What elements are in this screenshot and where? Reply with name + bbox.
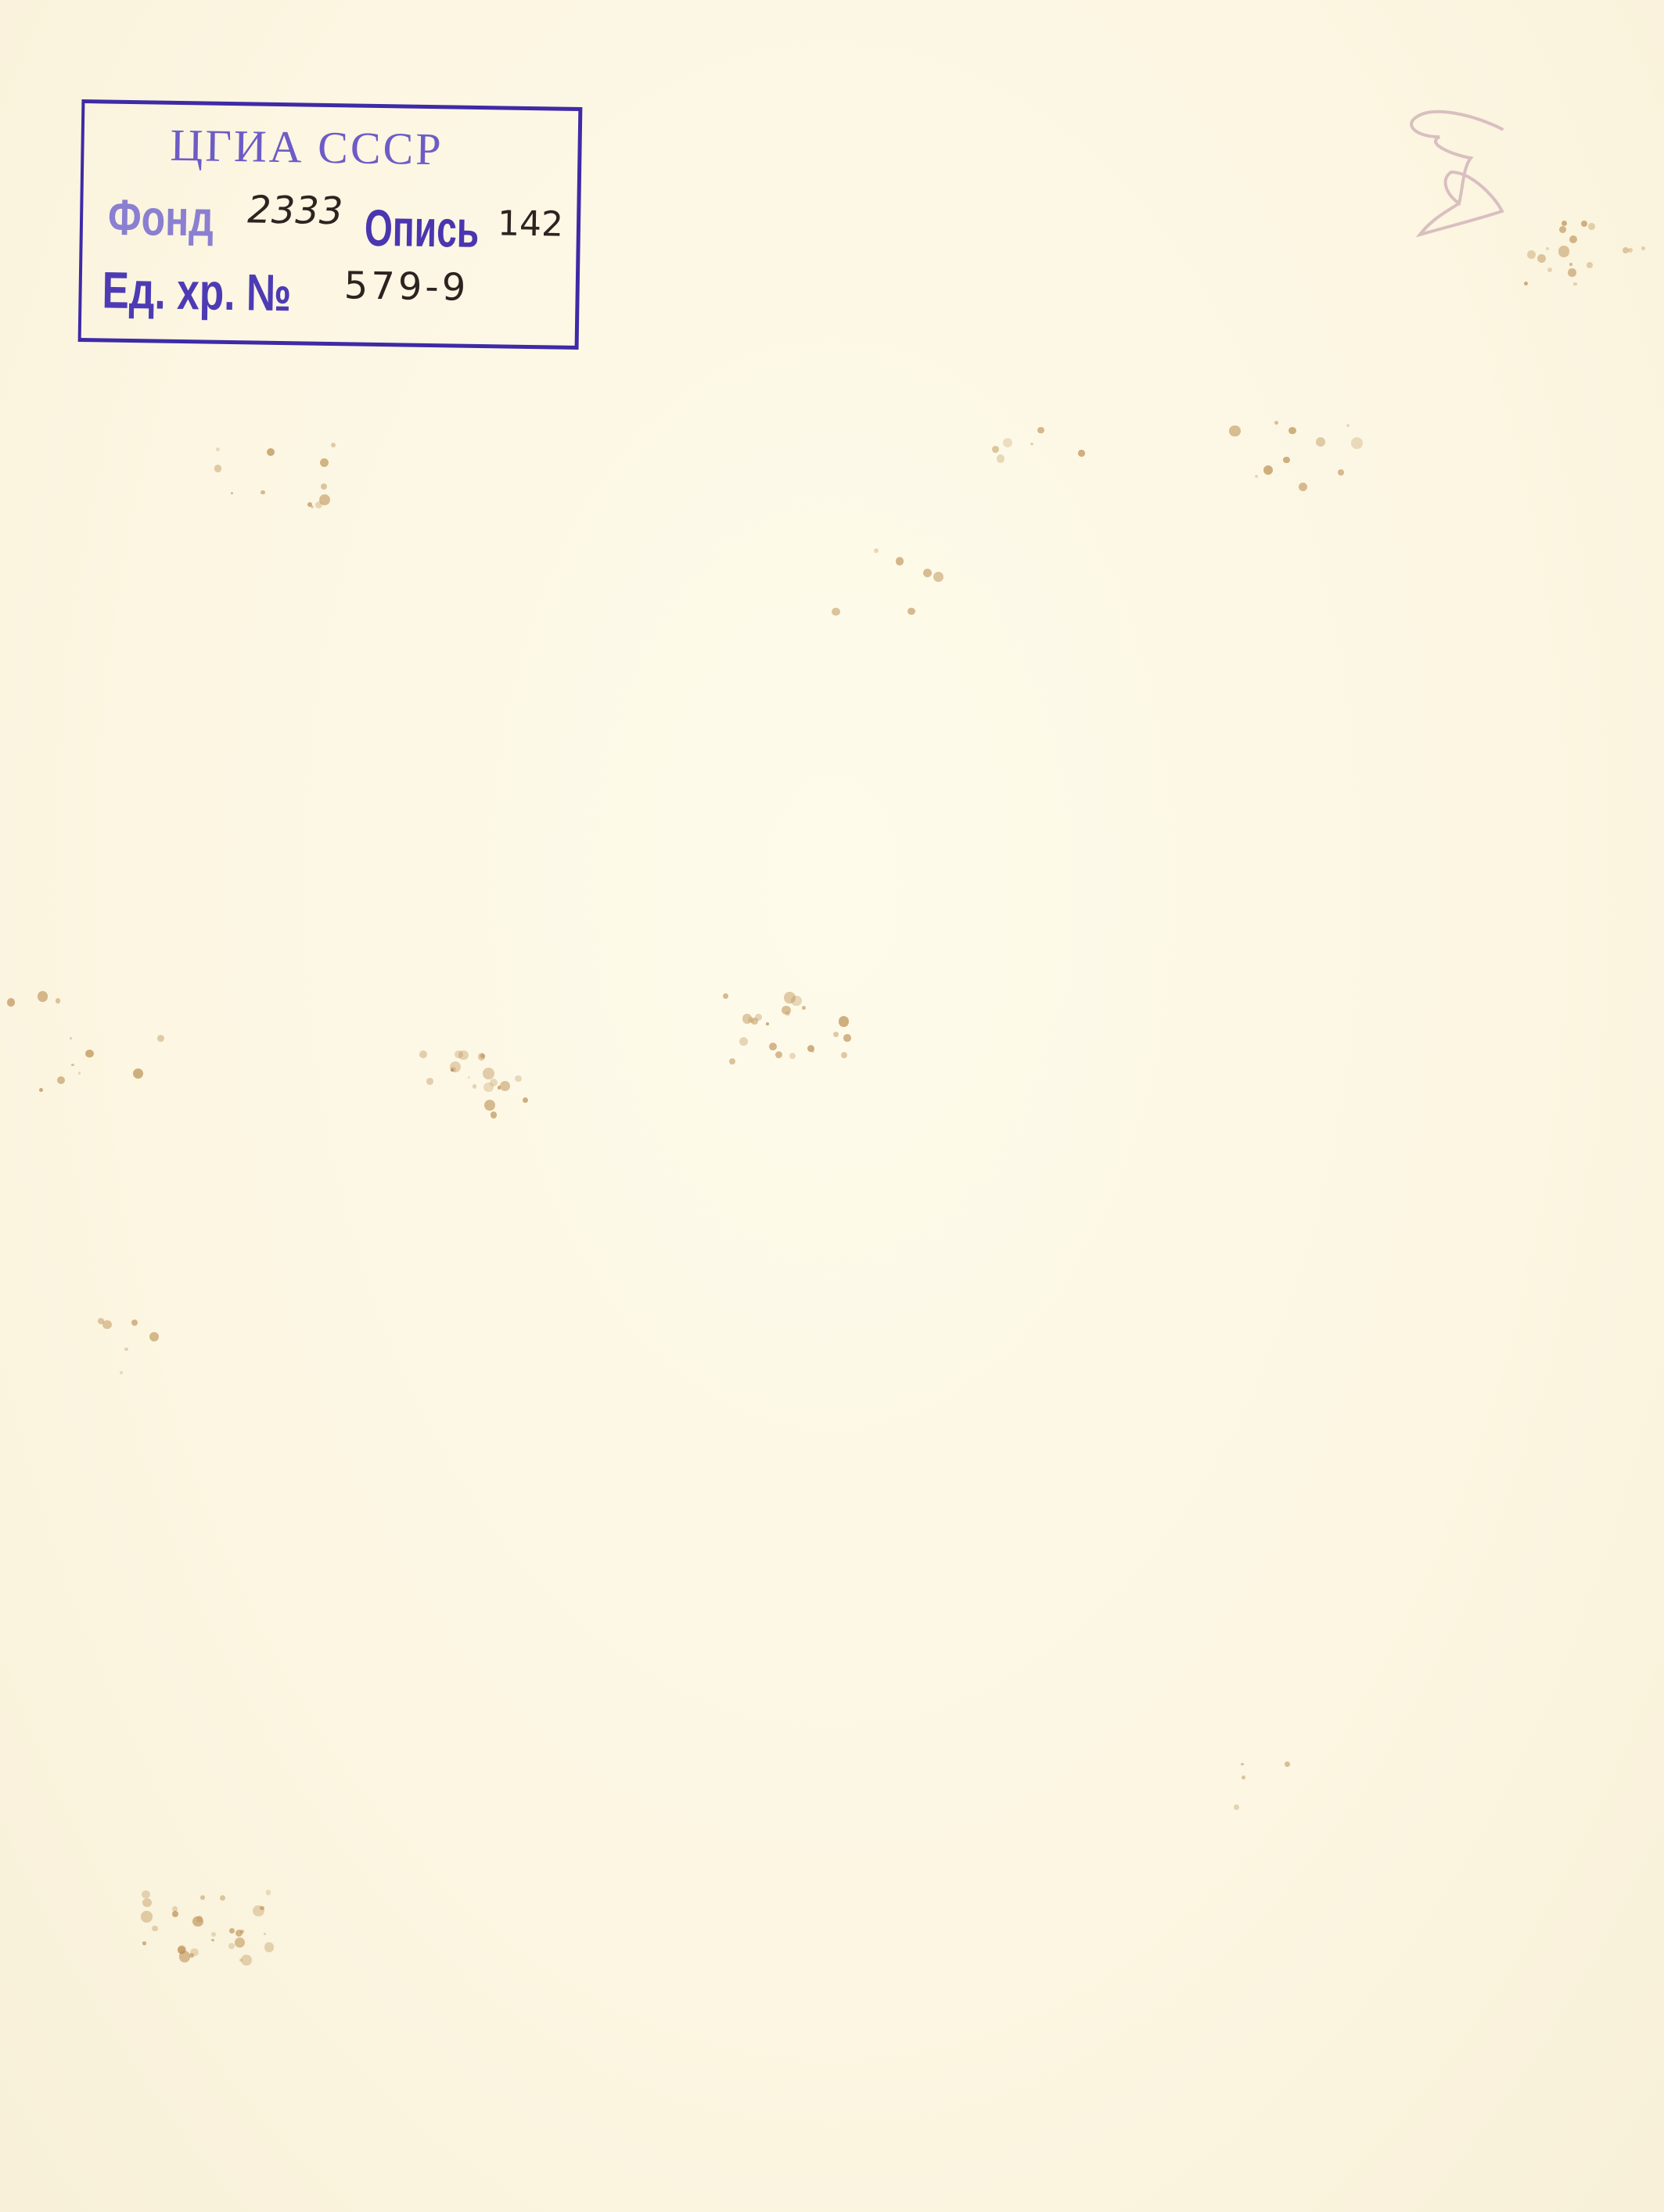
foxing-spot — [1569, 235, 1577, 243]
foxing-spot — [78, 1072, 81, 1074]
foxing-spot — [1274, 421, 1278, 425]
foxing-spot — [1573, 282, 1576, 285]
foxing-spot — [1078, 450, 1084, 456]
foxing-spot — [766, 1022, 769, 1025]
fond-row: Фонд — [108, 189, 244, 249]
foxing-spot — [1338, 469, 1344, 476]
fond-label: Фонд — [108, 189, 214, 248]
foxing-spot — [1547, 268, 1552, 272]
foxing-spot — [997, 454, 1005, 462]
archive-stamp: ЦГИА СССР Фонд 2333 Опись 142 Ед. хр. № … — [78, 99, 583, 350]
foxing-spot — [483, 1068, 494, 1079]
foxing-spot — [515, 1075, 521, 1082]
foxing-spot — [331, 443, 336, 447]
foxing-spot — [843, 1034, 851, 1042]
foxing-spot — [455, 1050, 462, 1058]
foxing-spot — [211, 1932, 216, 1937]
foxing-spot — [791, 996, 802, 1007]
foxing-spot — [141, 1911, 152, 1922]
foxing-spot — [478, 1053, 486, 1061]
foxing-spot — [748, 1017, 754, 1023]
foxing-spot — [1242, 1776, 1245, 1779]
foxing-spot — [833, 1032, 839, 1037]
foxing-spot — [142, 1941, 146, 1945]
opis-label: Опись — [364, 198, 480, 259]
foxing-spot — [253, 1905, 264, 1917]
unit-label: Ед. хр. № — [102, 260, 292, 322]
pencil-mark-icon — [1385, 94, 1526, 242]
foxing-spot — [264, 1933, 266, 1935]
unit-value: 579-9 — [343, 264, 469, 309]
unit-row: Ед. хр. № — [102, 260, 345, 323]
foxing-spot — [102, 1320, 112, 1330]
foxing-spot — [1241, 1763, 1244, 1766]
foxing-spot — [1288, 427, 1296, 434]
foxing-spot — [211, 1939, 214, 1941]
foxing-spot — [320, 458, 329, 467]
foxing-spot — [1285, 1761, 1290, 1767]
foxing-spot — [1263, 465, 1273, 475]
foxing-spot — [1299, 483, 1307, 491]
foxing-spot — [811, 1050, 815, 1054]
foxing-spot — [1569, 263, 1572, 266]
foxing-spot — [142, 1898, 151, 1907]
foxing-spot — [782, 1006, 791, 1015]
foxing-spot — [267, 448, 275, 456]
foxing-spot — [266, 1890, 271, 1895]
foxing-spot — [178, 1946, 185, 1954]
foxing-spot — [1568, 268, 1576, 276]
foxing-spot — [1527, 250, 1536, 259]
stamp-title: ЦГИА СССР — [170, 119, 444, 175]
foxing-spot — [172, 1911, 178, 1917]
foxing-spot — [451, 1068, 454, 1072]
foxing-spot — [1283, 457, 1289, 463]
foxing-spot — [933, 572, 943, 582]
foxing-spot — [1524, 282, 1528, 285]
foxing-spot — [1234, 1804, 1239, 1810]
foxing-spot — [71, 1064, 74, 1067]
foxing-spot — [739, 1037, 748, 1046]
foxing-spot — [1588, 223, 1595, 230]
foxing-spot — [1641, 246, 1645, 250]
foxing-spot — [261, 490, 265, 495]
foxing-spot — [239, 1959, 243, 1962]
foxing-spot — [231, 492, 233, 494]
foxing-spot — [490, 1079, 498, 1086]
foxing-spot — [1229, 426, 1241, 437]
opis-value: 142 — [498, 203, 564, 244]
foxing-spot — [1316, 437, 1325, 447]
foxing-spot — [196, 1916, 203, 1923]
foxing-spot — [426, 1078, 433, 1085]
foxing-spot — [38, 991, 49, 1002]
foxing-spot — [235, 1937, 245, 1948]
foxing-spot — [1351, 437, 1363, 449]
fond-value: 2333 — [247, 188, 343, 233]
foxing-spot — [131, 1320, 138, 1326]
foxing-spot — [124, 1348, 128, 1351]
